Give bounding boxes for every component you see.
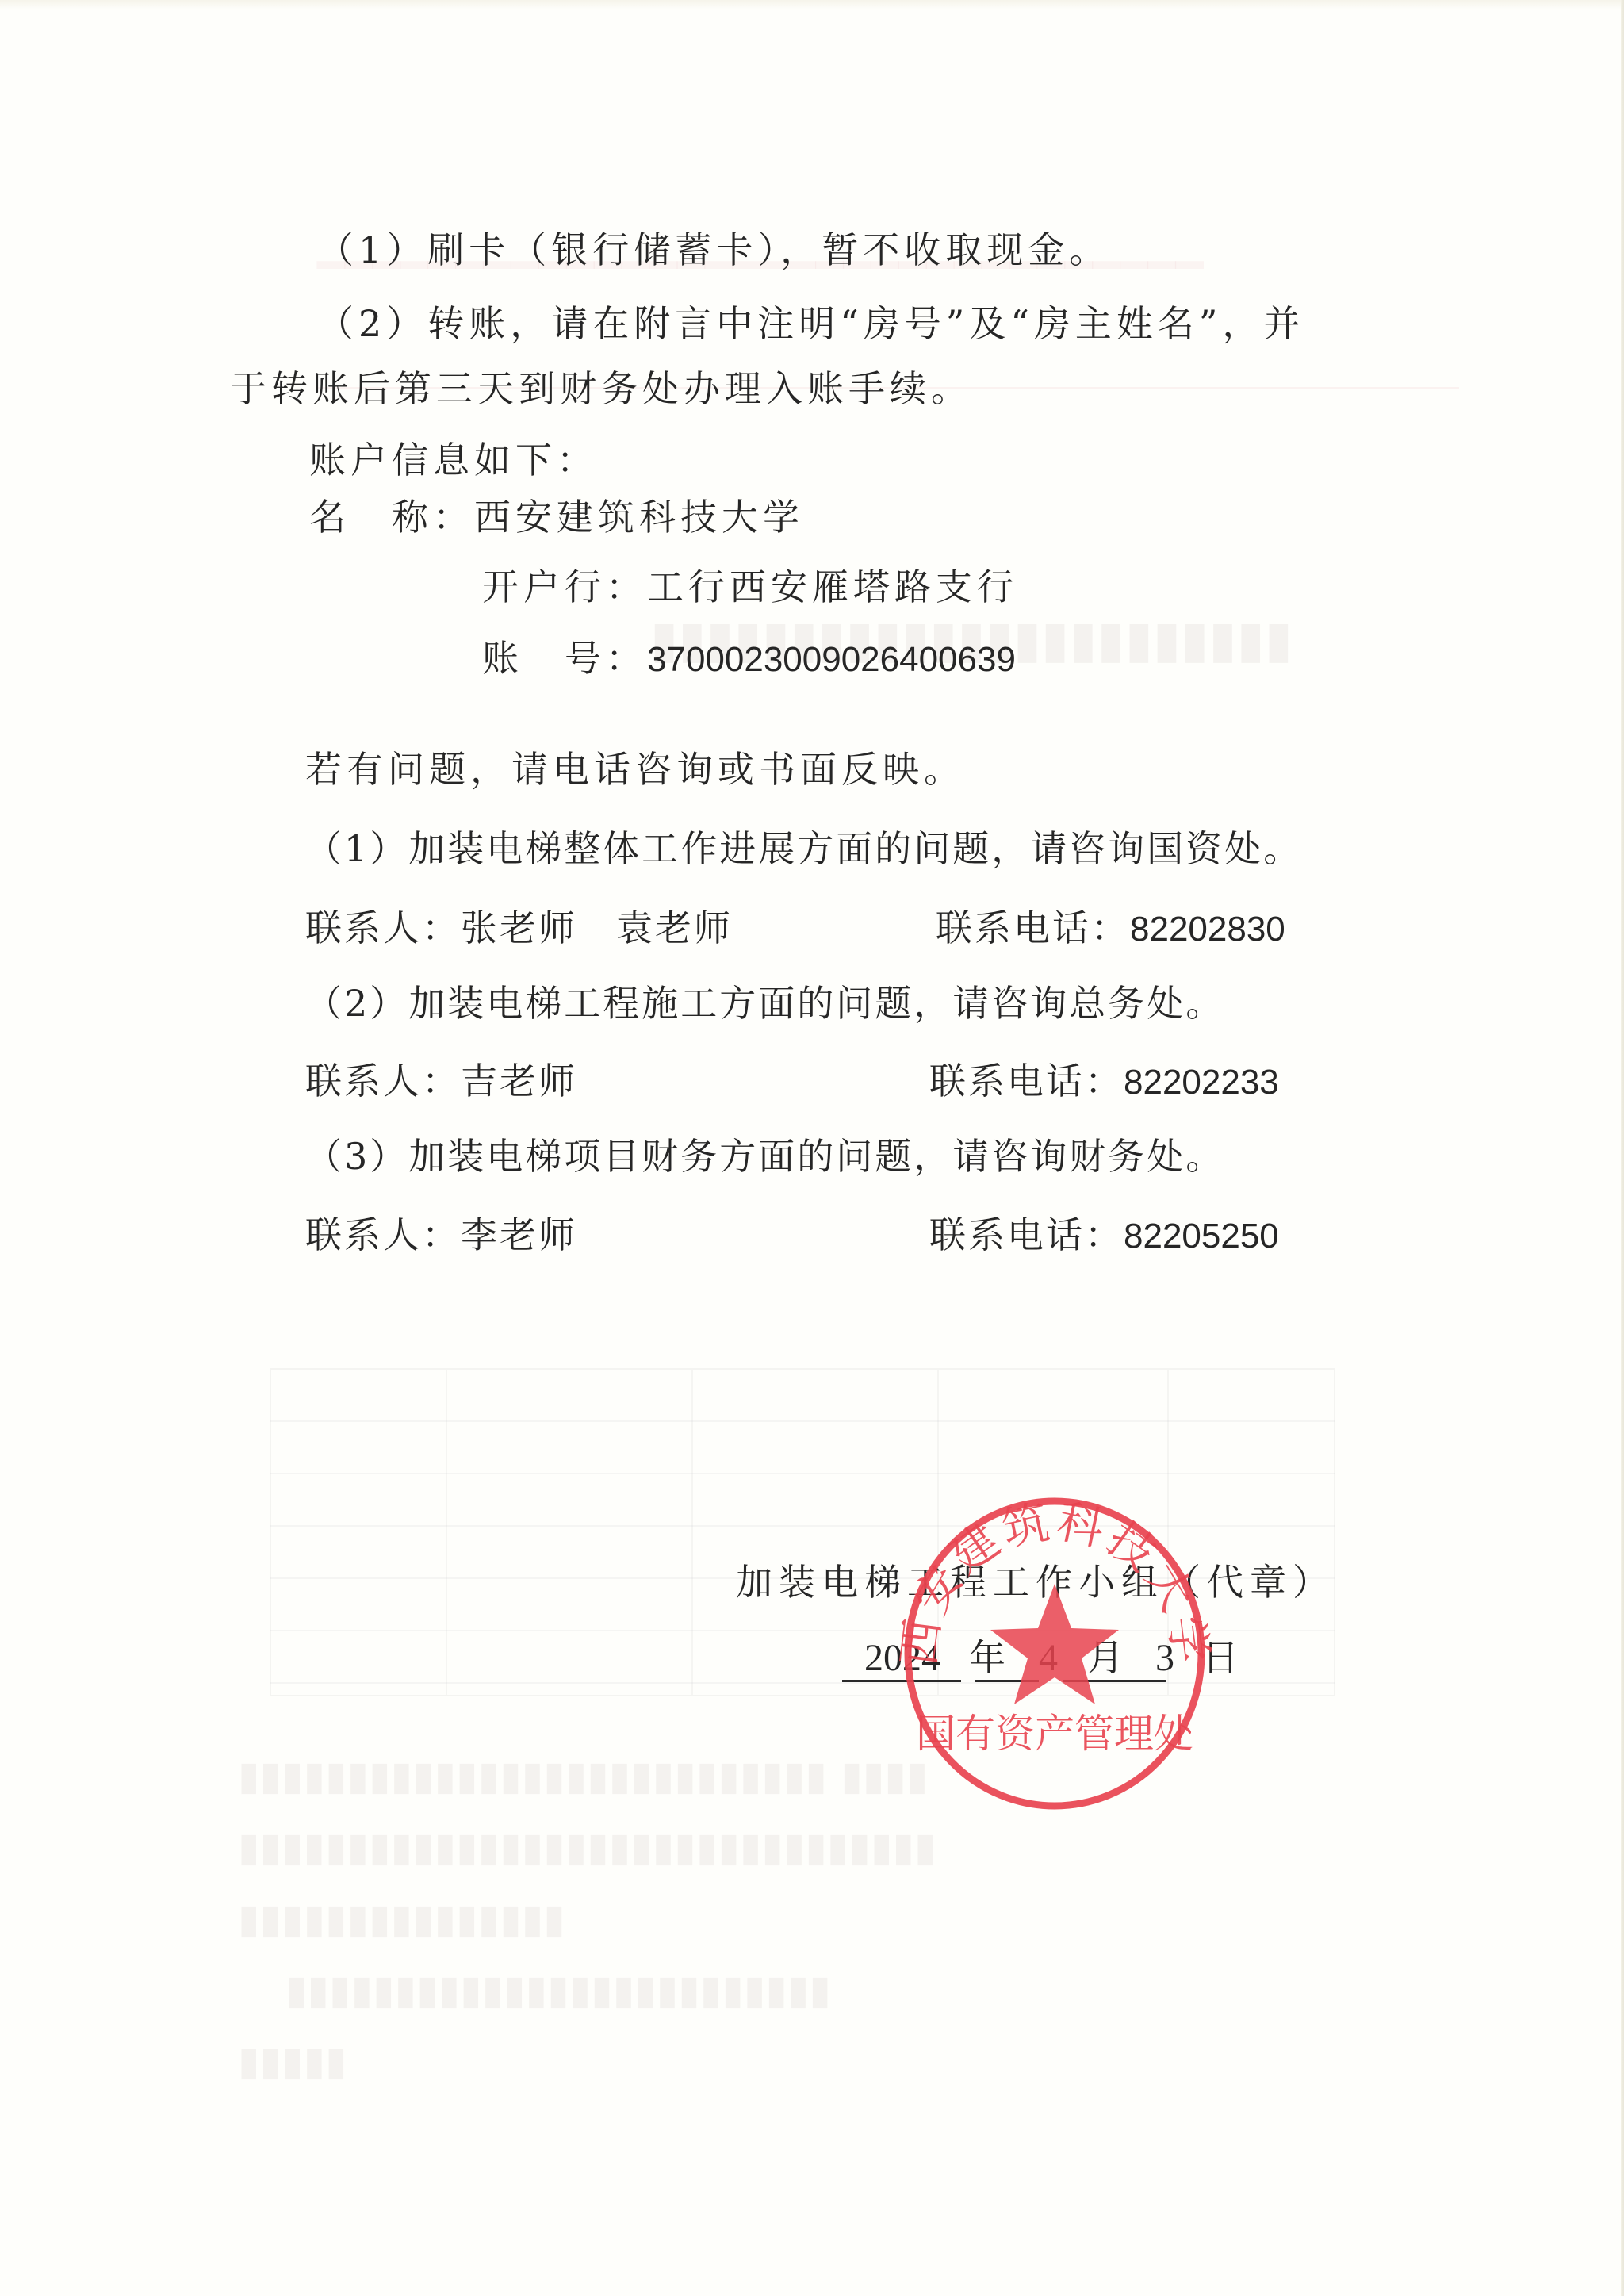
contact-person-label: 联系人： (305, 1213, 461, 1256)
contact-phone-label: 联系电话： (936, 907, 1130, 949)
seal-bottom-text: 国有资产管理处 (916, 1711, 1193, 1757)
account-bank-label: 开户行： (482, 565, 647, 608)
account-name-value: 西安建筑科技大学 (474, 496, 804, 539)
contact-phone-label: 联系电话： (929, 1213, 1124, 1256)
list-index: （1） (317, 228, 427, 271)
scan-top-edge (0, 0, 1624, 10)
contact-phone: 82205250 (1124, 1217, 1279, 1255)
account-name-label: 名 称： (309, 496, 474, 539)
bleed-through-paragraph: ▮▮▮▮▮ (238, 2038, 347, 2084)
contact-person-row-3: 联系人：李老师 (305, 1211, 577, 1259)
account-bank-row: 开户行：工行西安雁塔路支行 (482, 563, 1018, 611)
bleed-through-paragraph: ▮▮▮▮▮▮▮▮▮▮▮▮▮▮▮▮▮▮▮▮▮▮▮▮▮ (285, 1967, 831, 2013)
contact-phone-row-2: 联系电话：82202233 (929, 1057, 1279, 1106)
contact-question-1: （1）加装电梯整体工作进展方面的问题，请咨询国资处。 (305, 825, 1302, 872)
payment-method-1: （1）刷卡（银行储蓄卡），暂不收取现金。 (317, 226, 1110, 274)
contact-phone: 82202830 (1130, 910, 1285, 949)
contact-persons: 张老师 袁老师 (461, 907, 733, 949)
contact-person-label: 联系人： (305, 907, 461, 949)
official-seal: 西安建筑科技大学 国有资产管理处 (892, 1495, 1217, 1812)
account-number-value: 3700023009026400639 (647, 640, 1016, 679)
contact-question-2: （2）加装电梯工程施工方面的问题，请咨询总务处。 (305, 979, 1224, 1027)
account-bank-value: 工行西安雁塔路支行 (647, 565, 1018, 608)
payment-method-text: 转账，请在附言中注明“房号”及“房主姓名”，并 (427, 302, 1304, 345)
contact-intro: 若有问题，请电话咨询或书面反映。 (305, 746, 965, 793)
contact-person-label: 联系人： (305, 1060, 461, 1102)
seal-icon: 西安建筑科技大学 国有资产管理处 (892, 1495, 1217, 1812)
account-intro: 账户信息如下： (309, 436, 598, 484)
contact-person-row-1: 联系人：张老师 袁老师 (305, 904, 733, 952)
account-number-label: 账 号： (482, 637, 647, 680)
bleed-through-paragraph: ▮▮▮▮ ▮▮▮▮▮▮▮▮▮▮▮▮▮▮▮▮▮▮▮▮▮▮▮▮▮▮▮ (238, 1753, 928, 1799)
bleed-through-paragraph: ▮▮▮▮▮▮▮▮▮▮▮▮▮▮▮▮▮▮▮▮▮▮▮▮▮▮▮▮▮▮▮▮ (238, 1824, 936, 1870)
contact-phone-label: 联系电话： (929, 1060, 1124, 1102)
contact-question-3: （3）加装电梯项目财务方面的问题，请咨询财务处。 (305, 1133, 1224, 1180)
payment-method-text: 刷卡（银行储蓄卡），暂不收取现金。 (427, 228, 1110, 271)
contact-phone-row-1: 联系电话：82202830 (936, 904, 1285, 953)
account-name-row: 名 称：西安建筑科技大学 (309, 493, 804, 541)
contact-persons: 吉老师 (461, 1060, 577, 1102)
contact-person-row-2: 联系人：吉老师 (305, 1057, 577, 1105)
list-index: （2） (317, 302, 427, 345)
contact-phone: 82202233 (1124, 1063, 1279, 1102)
contact-phone-row-3: 联系电话：82205250 (929, 1211, 1279, 1260)
scan-right-edge (1621, 0, 1624, 2296)
bleed-through-paragraph: ▮▮▮▮▮▮▮▮▮▮▮▮▮▮▮ (238, 1895, 565, 1941)
payment-method-2: （2）转账，请在附言中注明“房号”及“房主姓名”，并 (317, 300, 1304, 347)
contact-persons: 李老师 (461, 1213, 577, 1256)
account-number-row: 账 号：3700023009026400639 (482, 634, 1016, 684)
payment-method-2-continuation: 于转账后第三天到财务处办理入账手续。 (230, 365, 972, 412)
